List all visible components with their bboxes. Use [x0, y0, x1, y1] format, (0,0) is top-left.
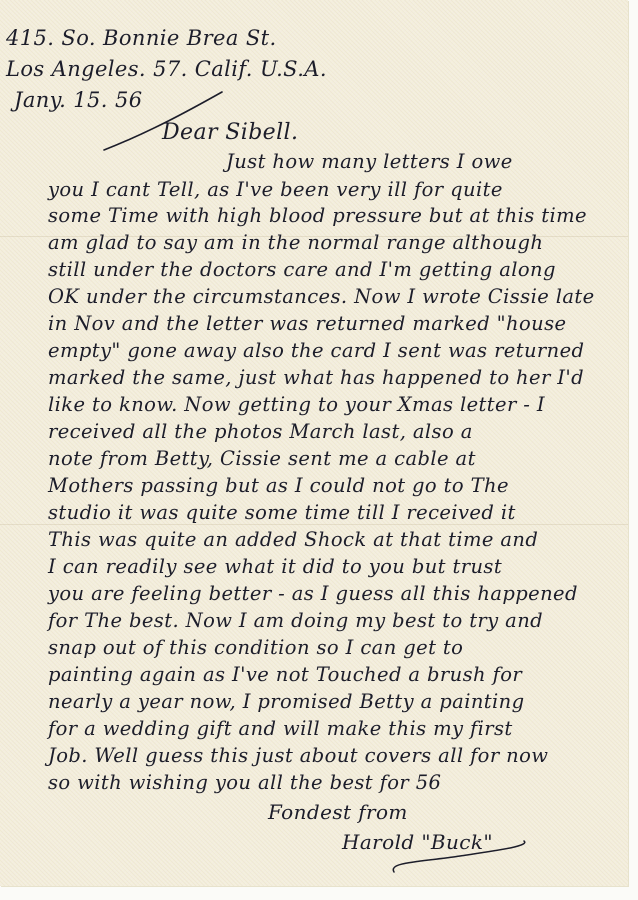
- greeting: Dear Sibell.: [162, 120, 298, 145]
- body-line: in Nov and the letter was returned marke…: [48, 312, 566, 335]
- body-line: Job. Well guess this just about covers a…: [48, 744, 548, 767]
- body-line: marked the same, just what has happened …: [48, 366, 584, 389]
- body-line: nearly a year now, I promised Betty a pa…: [48, 690, 525, 713]
- body-line: for The best. Now I am doing my best to …: [48, 609, 543, 632]
- address-street: 415. So. Bonnie Brea St.: [6, 26, 277, 50]
- letter-page: 415. So. Bonnie Brea St. Los Angeles. 57…: [0, 0, 628, 886]
- body-line: still under the doctors care and I'm get…: [48, 258, 556, 281]
- body-line: so with wishing you all the best for 56: [48, 771, 441, 794]
- body-line: This was quite an added Shock at that ti…: [48, 528, 538, 551]
- body-line: received all the photos March last, also…: [48, 420, 473, 443]
- body-line: for a wedding gift and will make this my…: [48, 717, 513, 740]
- body-line: Mothers passing but as I could not go to…: [48, 474, 509, 497]
- body-line: note from Betty, Cissie sent me a cable …: [48, 447, 476, 470]
- body-line: painting again as I've not Touched a bru…: [48, 663, 522, 686]
- body-line: Just how many letters I owe: [226, 150, 513, 173]
- body-line: OK under the circumstances. Now I wrote …: [48, 285, 595, 308]
- address-city: Los Angeles. 57. Calif. U.S.A.: [6, 57, 327, 81]
- body-line: I can readily see what it did to you but…: [48, 555, 502, 578]
- body-line: snap out of this condition so I can get …: [48, 636, 463, 659]
- body-line: like to know. Now getting to your Xmas l…: [48, 393, 545, 416]
- paper-fold-line: [0, 524, 628, 525]
- letter-date: Jany. 15. 56: [14, 88, 142, 112]
- signature: Harold "Buck": [342, 830, 493, 854]
- body-line: you I cant Tell, as I've been very ill f…: [48, 178, 503, 201]
- body-line: am glad to say am in the normal range al…: [48, 231, 543, 254]
- body-line: empty" gone away also the card I sent wa…: [48, 339, 584, 362]
- body-line: some Time with high blood pressure but a…: [48, 204, 587, 227]
- closing: Fondest from: [268, 800, 408, 824]
- body-line: you are feeling better - as I guess all …: [48, 582, 578, 605]
- body-line: studio it was quite some time till I rec…: [48, 501, 516, 524]
